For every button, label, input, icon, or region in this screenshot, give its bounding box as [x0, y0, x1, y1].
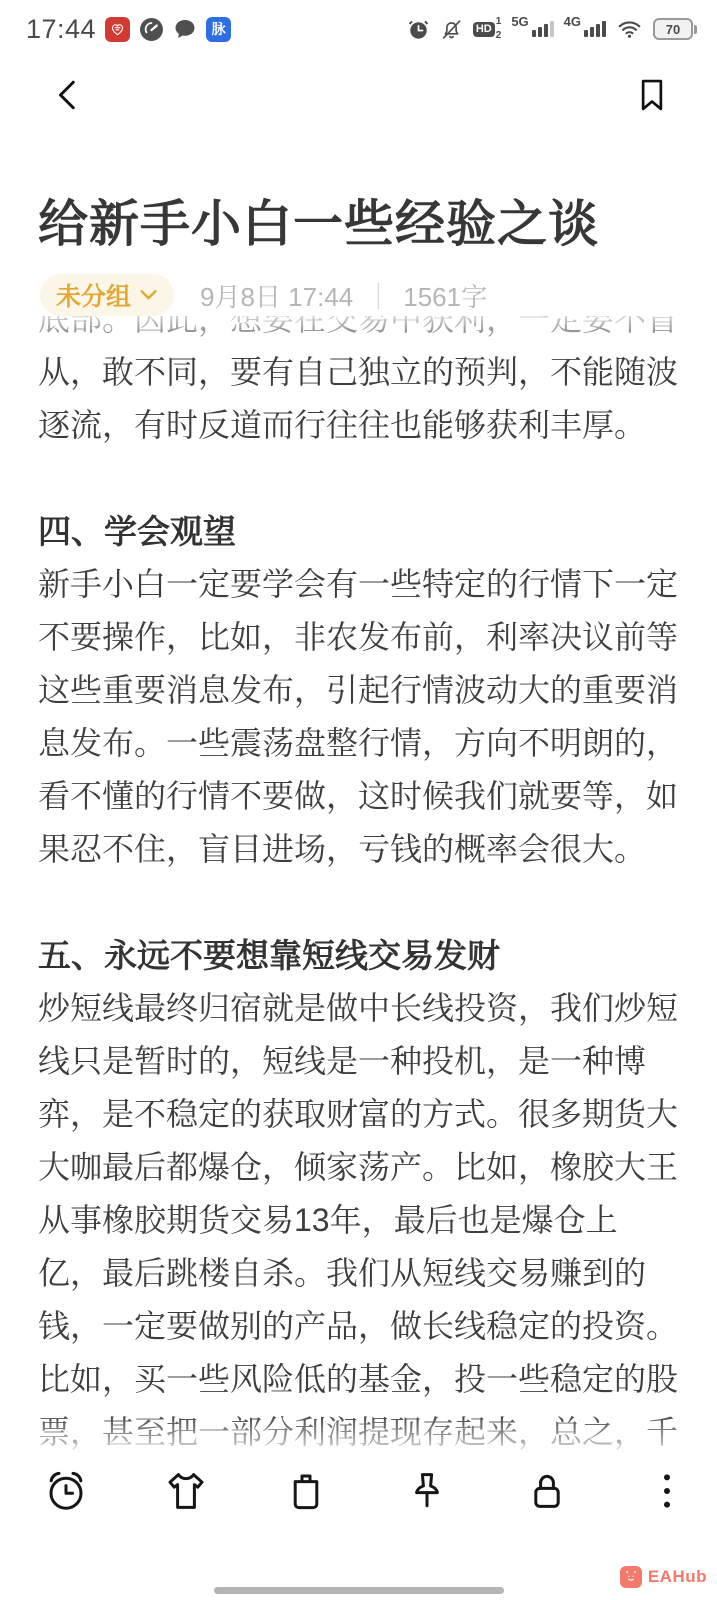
status-bar: 17:44 脉: [0, 0, 717, 52]
nav-bar: [0, 52, 717, 128]
trash-icon: [282, 1467, 330, 1515]
reminder-button[interactable]: [42, 1467, 90, 1515]
paragraph-intro: 底部。因此，想要在交易中获利，一定要不盲 从，敢不同，要有自己独立的预判，不能随…: [38, 316, 679, 452]
hd-sim2-label: 2: [496, 31, 502, 41]
group-tag-button[interactable]: 未分组: [40, 274, 174, 316]
network-4g-label: 4G: [564, 14, 581, 29]
eahub-watermark: EAHub: [620, 1566, 707, 1588]
more-button[interactable]: [643, 1467, 691, 1515]
signal-bars-5g-icon: [532, 21, 554, 37]
volte-hd-indicator: HD 1 2: [473, 17, 501, 41]
note-body-scroll-area[interactable]: 底部。因此，想要在交易中获利，一定要不盲 从，敢不同，要有自己独立的预判，不能随…: [0, 316, 717, 1460]
tshirt-icon: [162, 1467, 210, 1515]
battery-level: 70: [653, 18, 693, 40]
home-indicator-bar[interactable]: [214, 1587, 504, 1594]
bookmark-icon: [633, 73, 671, 117]
back-button[interactable]: [50, 75, 86, 115]
back-chevron-icon: [50, 75, 86, 115]
article-text: 底部。因此，想要在交易中获利，一定要不盲 从，敢不同，要有自己独立的预判，不能随…: [0, 316, 717, 1459]
skin-button[interactable]: [162, 1467, 210, 1515]
group-tag-label: 未分组: [56, 277, 131, 313]
lock-icon: [523, 1467, 571, 1515]
chat-bubble-app-icon: [173, 17, 197, 41]
alarm-clock-icon: [42, 1467, 90, 1515]
bookmark-button[interactable]: [633, 73, 671, 117]
battery-nub: [694, 25, 697, 34]
section4-heading: 四、学会观望: [38, 505, 679, 558]
alarm-status-icon: [407, 18, 430, 41]
delete-button[interactable]: [282, 1467, 330, 1515]
hd-badge: HD: [473, 22, 495, 37]
network-5g-label: 5G: [511, 14, 528, 29]
note-datetime: 9月8日 17:44: [200, 277, 353, 314]
pushpin-icon: [403, 1467, 451, 1515]
signal-5g-indicator: 5G: [511, 21, 553, 37]
wifi-icon: [616, 17, 643, 41]
chevron-down-icon: [139, 288, 158, 302]
pin-button[interactable]: [403, 1467, 451, 1515]
eahub-robot-icon: [620, 1566, 642, 1588]
meta-separator: ｜: [365, 277, 391, 314]
section5-heading: 五、永远不要想靠短线交易发财: [38, 929, 679, 982]
lock-button[interactable]: [523, 1467, 571, 1515]
signal-bars-4g-icon: [584, 21, 606, 37]
hd-sim1-label: 1: [496, 17, 502, 27]
section5-paragraph: 炒短线最终归宿就是做中长线投资，我们炒短 线只是暂时的，短线是一种投机，是一种博…: [38, 982, 679, 1459]
footer-area: EAHub: [0, 1522, 717, 1600]
signal-4g-indicator: 4G: [564, 21, 606, 37]
mute-bell-icon: [440, 18, 463, 41]
eahub-label: EAHub: [648, 1567, 707, 1587]
note-title: 给新手小白一些经验之谈: [38, 194, 679, 254]
section4-paragraph: 新手小白一定要学会有一些特定的行情下一定 不要操作，比如，非农发布前，利率决议前…: [38, 558, 679, 876]
maimai-app-icon: 脉: [206, 17, 231, 42]
note-meta-row: 未分组 9月8日 17:44 ｜ 1561字: [0, 274, 717, 316]
note-detail-screen: 17:44 脉: [0, 0, 717, 1600]
compass-app-icon: [139, 17, 164, 42]
status-time: 17:44: [26, 14, 96, 45]
vertical-ellipsis-icon: [643, 1467, 691, 1515]
battery-indicator: 70: [653, 18, 697, 40]
bottom-toolbar: [0, 1460, 717, 1522]
maimai-glyph: 脉: [212, 22, 226, 36]
heart-app-icon: [105, 17, 130, 42]
word-count: 1561字: [403, 277, 487, 314]
